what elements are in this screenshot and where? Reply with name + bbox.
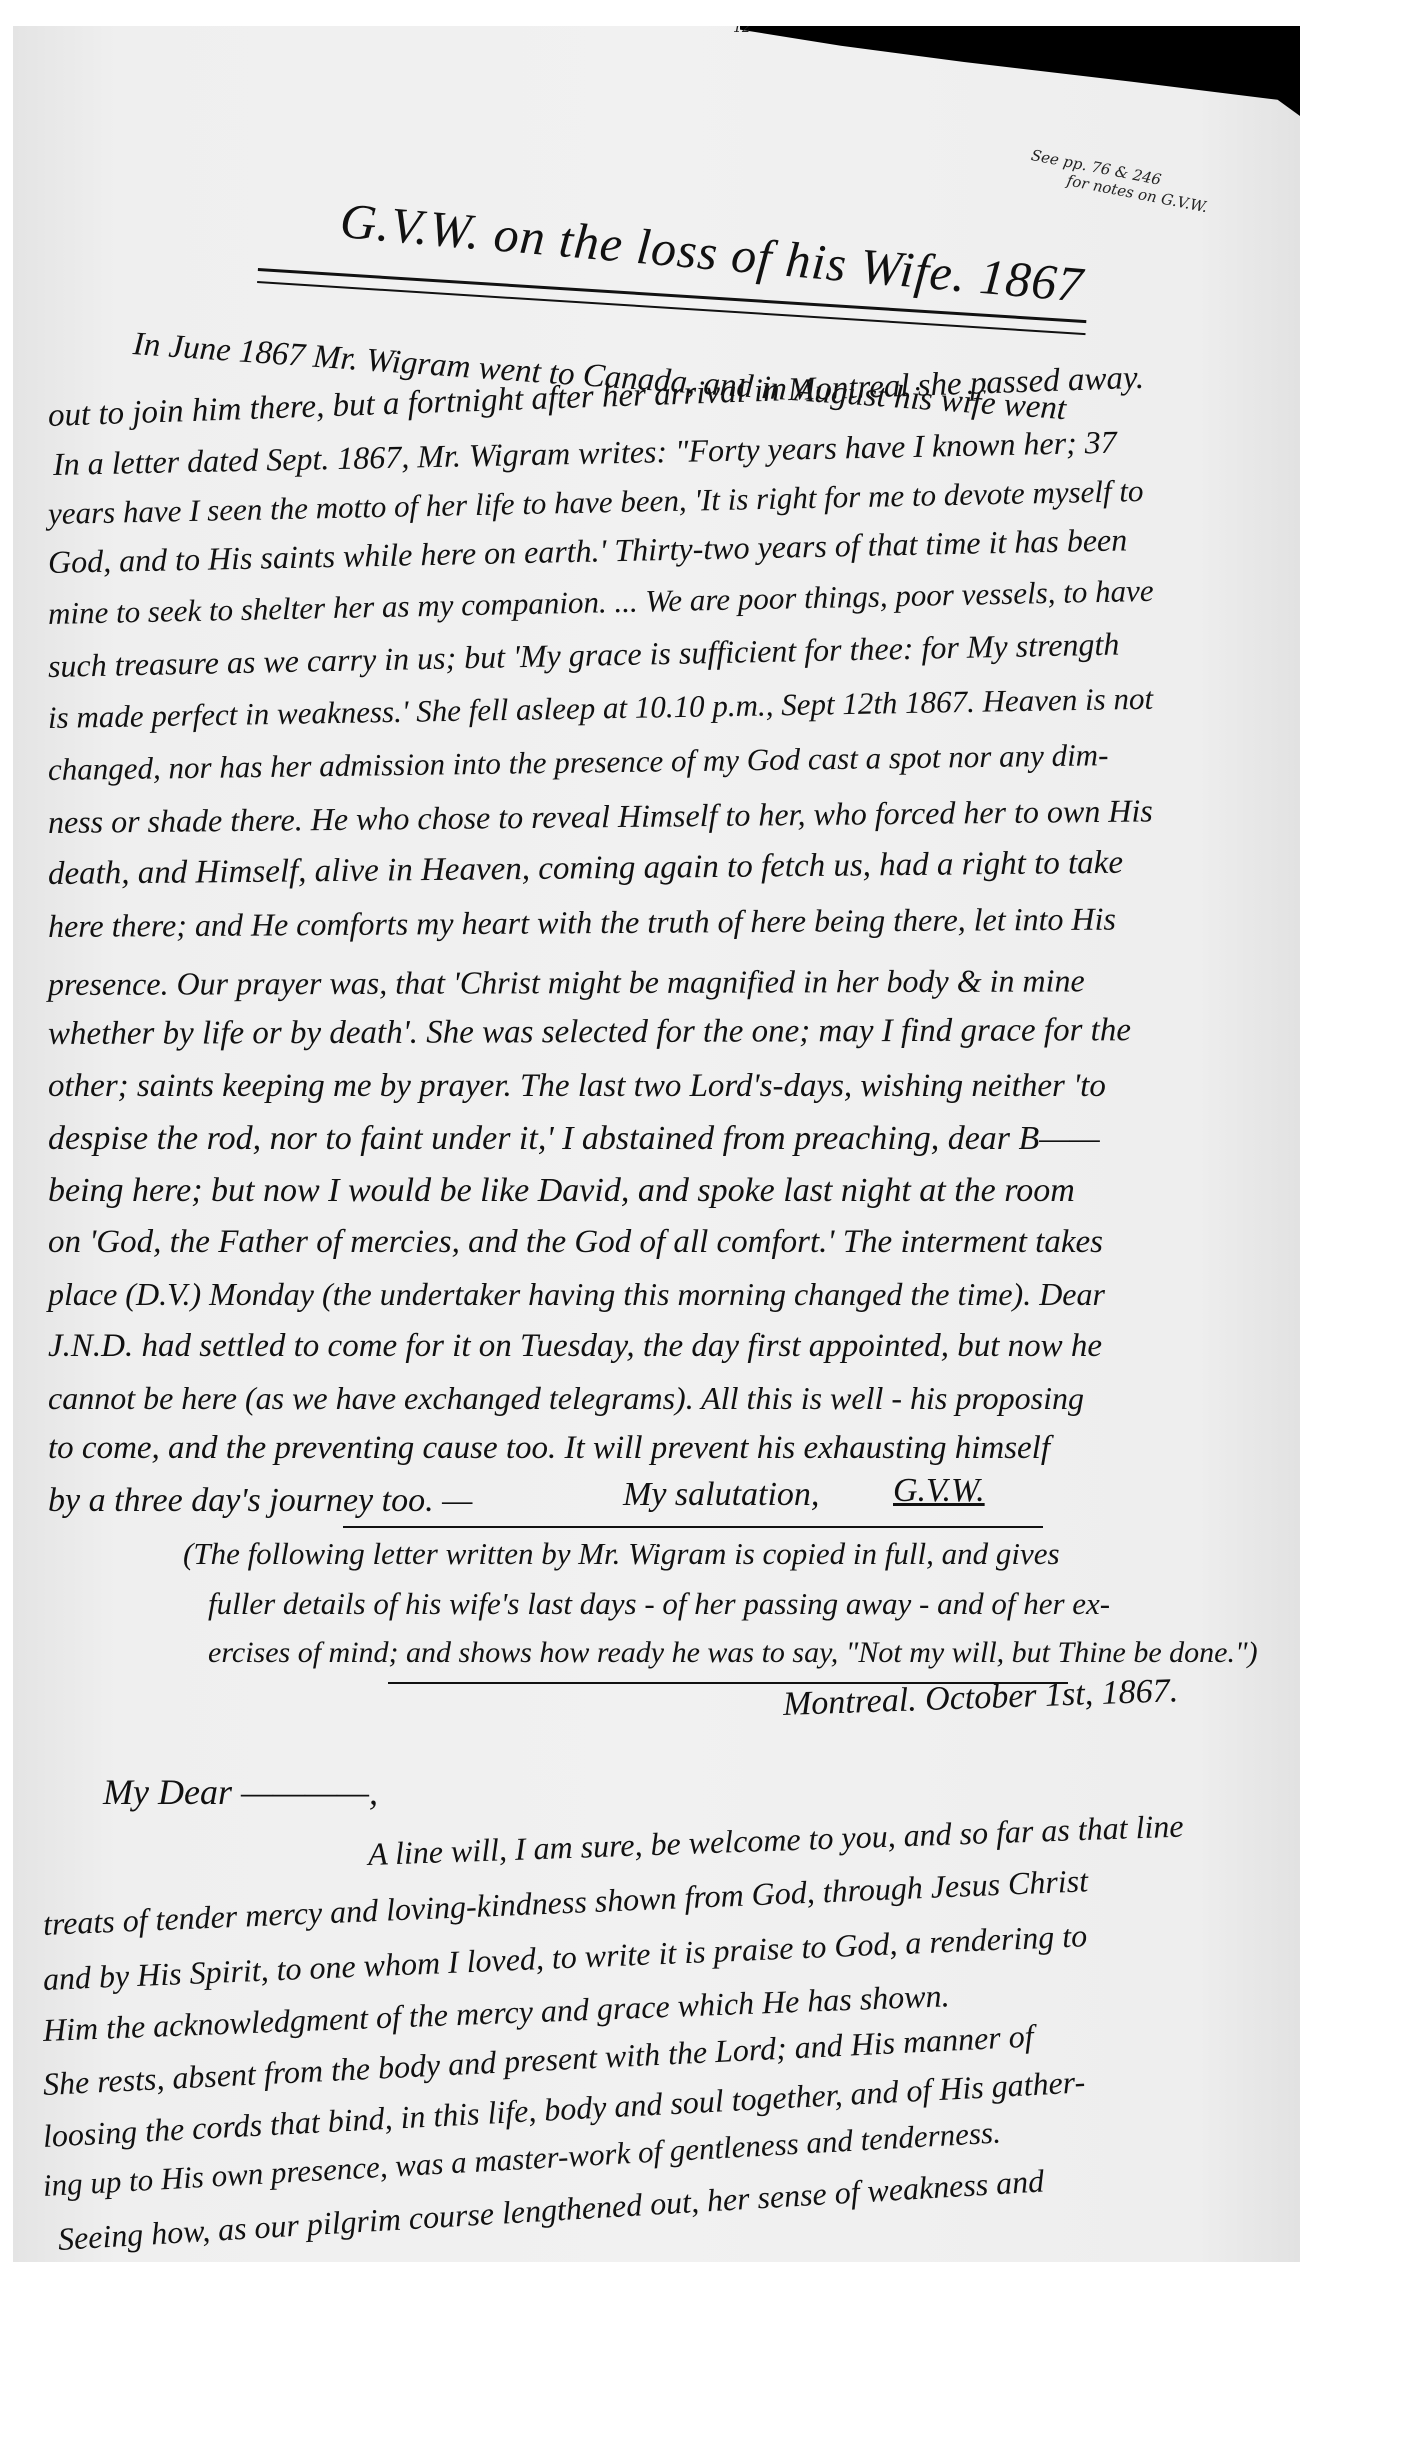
text-line: fuller details of his wife's last days -… [208,1586,1110,1622]
text-line: presence. Our prayer was, that 'Christ m… [48,962,1085,1003]
text-line: In a letter dated Sept. 1867, Mr. Wigram… [53,424,1117,483]
text-line: mine to seek to shelter her as my compan… [48,573,1154,632]
margin-note: See pp. 76 & 246 for notes on G.V.W. [1026,146,1298,233]
signature: G.V.W. [893,1472,985,1510]
text-line: years have I seen the motto of her life … [48,473,1144,532]
text-line: (The following letter written by Mr. Wig… [183,1536,1060,1572]
text-line: on 'God, the Father of mercies, and the … [48,1224,1103,1261]
text-line: God, and to His saints while here on ear… [48,521,1128,581]
text-line: whether by life or by death'. She was se… [48,1012,1131,1053]
text-line: being here; but now I would be like Davi… [48,1172,1075,1210]
text-line: J.N.D. had settled to come for it on Tue… [48,1328,1102,1365]
text-line: ercises of mind; and shows how ready he … [208,1636,1258,1670]
salutation: My salutation, [623,1476,819,1514]
text-line: here there; and He comforts my heart wit… [48,901,1116,945]
text-line: changed, nor has her admission into the … [48,737,1109,788]
text-line: death, and Himself, alive in Heaven, com… [48,845,1123,893]
text-line: other; saints keeping me by prayer. The … [48,1068,1106,1105]
text-line: cannot be here (as we have exchanged tel… [48,1380,1084,1417]
text-line: to come, and the preventing cause too. I… [48,1430,1050,1467]
page-title: G.V.W. on the loss of his Wife. 1867 [338,191,1086,314]
text-line: by a three day's journey too. — [48,1482,472,1520]
text-line: such treasure as we carry in us; but 'My… [48,626,1120,685]
text-line: despise the rod, nor to faint under it,'… [48,1120,1100,1158]
text-line: ness or shade there. He who chose to rev… [48,792,1153,841]
text-line: place (D.V.) Monday (the undertaker havi… [48,1276,1105,1313]
text-line: is made perfect in weakness.' She fell a… [48,681,1154,736]
page-number: 12 [733,26,751,36]
letter-place-date: Montreal. October 1st, 1867. [782,1672,1178,1724]
signature-rule [343,1526,1043,1528]
torn-corner [740,26,1300,116]
document-page: 12 See pp. 76 & 246 for notes on G.V.W. … [13,26,1300,2262]
letter-greeting: My Dear ————, [103,1771,378,1813]
